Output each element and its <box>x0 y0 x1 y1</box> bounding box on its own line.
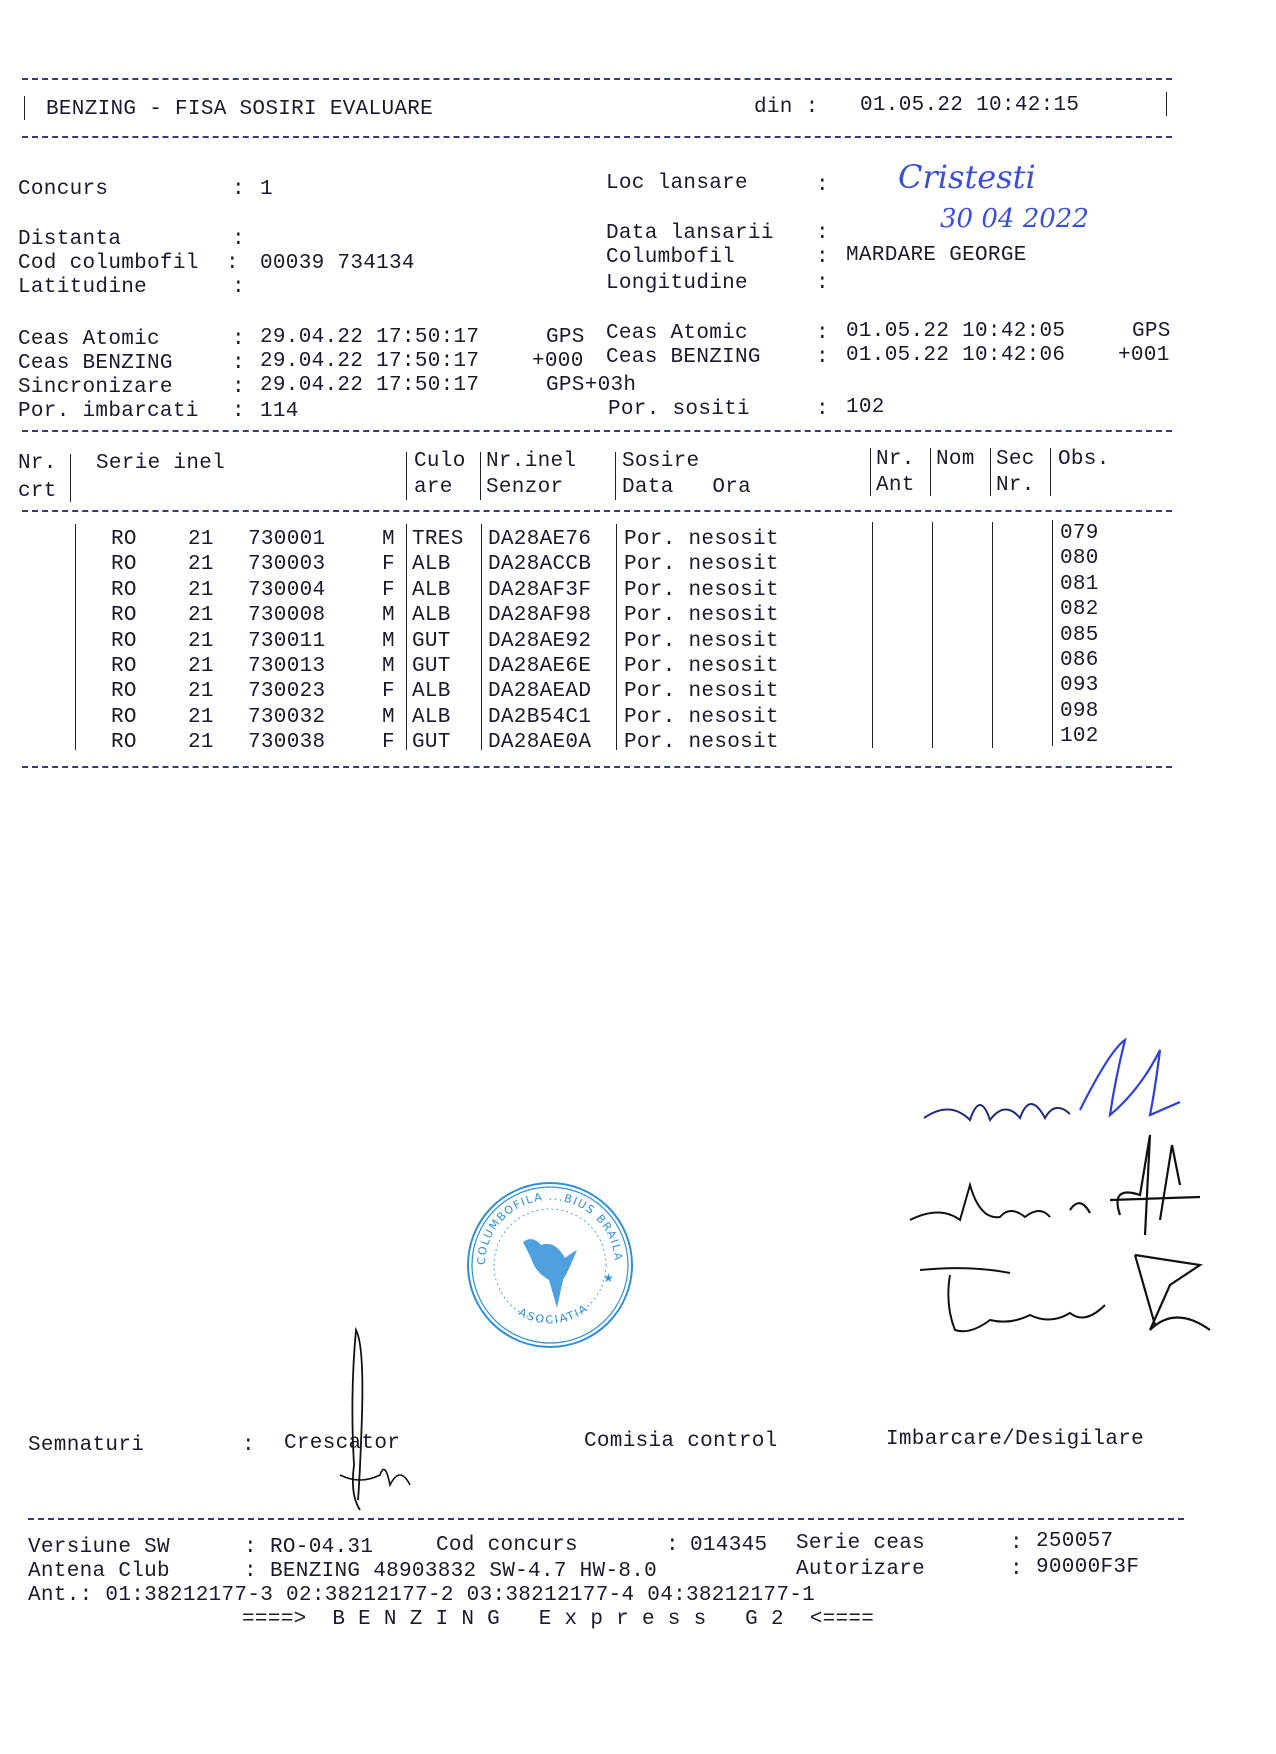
cell-sosire: Por. nesosit <box>624 655 779 679</box>
col-header-nr-ant: Nr. <box>876 448 915 472</box>
info-colon: : <box>232 178 245 202</box>
body-divider <box>616 524 617 750</box>
info-colon: : <box>232 400 245 424</box>
print-date-value: 01.05.22 10:42:15 <box>860 94 1079 118</box>
info-colon: : <box>226 252 239 276</box>
cell-nr: 730008 <box>248 604 325 628</box>
cell-tara: RO <box>111 553 137 577</box>
cell-an: 21 <box>188 706 214 730</box>
cell-culoare: ALB <box>412 553 451 577</box>
cell-culoare: ALB <box>412 579 451 603</box>
footer-cod-concurs-label: Cod concurs <box>436 1534 578 1558</box>
body-divider <box>872 522 873 748</box>
cell-tara: RO <box>111 655 137 679</box>
cell-obs: 080 <box>1060 547 1099 571</box>
cell-tara: RO <box>111 706 137 730</box>
footer-antena-value: BENZING 48903832 SW-4.7 HW-8.0 <box>270 1560 657 1584</box>
cell-sex: F <box>382 731 395 755</box>
cell-nr: 730001 <box>248 528 325 552</box>
col-header-serie-inel: Serie inel <box>96 452 225 476</box>
clock-label: Ceas BENZING <box>606 346 761 370</box>
info-label-concurs: Concurs <box>18 178 108 202</box>
info-colon: : <box>232 276 245 300</box>
table-top-rule <box>22 430 1172 432</box>
footer-cod-concurs-value: 014345 <box>690 1534 767 1558</box>
col-header-nr-crt: Nr. <box>18 452 57 476</box>
handwritten-loc-lansare: Cristesti <box>898 158 1036 196</box>
info-value-concurs: 1 <box>260 178 273 202</box>
cell-culoare: GUT <box>412 630 451 654</box>
cell-tara: RO <box>111 604 137 628</box>
cell-obs: 082 <box>1060 598 1099 622</box>
body-divider <box>406 524 407 750</box>
info-colon: : <box>232 328 245 352</box>
header-divider <box>1050 448 1051 496</box>
cell-tara: RO <box>111 528 137 552</box>
table-header-rule <box>22 510 1172 512</box>
clock-label: Por. imbarcati <box>18 400 199 424</box>
body-divider <box>1052 520 1053 746</box>
col-header-data-ora: Data Ora <box>622 476 751 500</box>
header-divider <box>480 452 481 500</box>
header-divider <box>406 452 407 500</box>
cell-senzor: DA28AF98 <box>488 604 591 628</box>
footer-autorizare-value: 90000F3F <box>1036 1556 1139 1580</box>
header-divider <box>870 448 871 496</box>
cell-an: 21 <box>188 604 214 628</box>
cell-sosire: Por. nesosit <box>624 553 779 577</box>
body-divider <box>75 524 76 750</box>
cell-senzor: DA28AF3F <box>488 579 591 603</box>
info-colon: : <box>242 1434 255 1458</box>
col-header-culoare-2: are <box>414 476 453 500</box>
body-divider <box>932 522 933 748</box>
info-label-columbofil: Columbofil <box>606 246 735 270</box>
cell-sosire: Por. nesosit <box>624 528 779 552</box>
cell-nr: 730004 <box>248 579 325 603</box>
cell-sex: F <box>382 579 395 603</box>
footer-banner: ====> B E N Z I N G E x p r e s s G 2 <=… <box>242 1608 874 1632</box>
info-colon: : <box>232 352 245 376</box>
clock-label: Por. sositi <box>608 398 750 422</box>
cell-tara: RO <box>111 630 137 654</box>
info-colon: : <box>816 246 829 270</box>
header-divider <box>990 448 991 496</box>
signature-commission-1 <box>910 1030 1190 1140</box>
header-bottom-rule <box>22 136 1172 138</box>
cell-senzor: DA28AE6E <box>488 655 591 679</box>
info-colon: : <box>816 222 829 246</box>
cell-culoare: TRES <box>412 528 464 552</box>
col-header-obs: Obs. <box>1058 448 1110 472</box>
cell-nr: 730013 <box>248 655 325 679</box>
clock-suffix: GPS+03h <box>546 374 636 398</box>
info-colon: : <box>816 322 829 346</box>
info-value-cod-columbofil: 00039 734134 <box>260 252 415 276</box>
cell-an: 21 <box>188 680 214 704</box>
cell-sosire: Por. nesosit <box>624 680 779 704</box>
footer-versiune-value: RO-04.31 <box>270 1536 373 1560</box>
info-value-columbofil: MARDARE GEORGE <box>846 244 1027 268</box>
cell-an: 21 <box>188 528 214 552</box>
clock-suffix: +001 <box>1118 344 1170 368</box>
info-label-longitudine: Longitudine <box>606 272 748 296</box>
footer-autorizare-label: Autorizare <box>796 1558 925 1582</box>
col-header-sec: Sec <box>996 448 1035 472</box>
signatures-label: Semnaturi <box>28 1434 144 1458</box>
info-label-loc-lansare: Loc lansare <box>606 172 748 196</box>
header-divider <box>70 454 71 502</box>
info-colon: : <box>816 398 829 422</box>
cell-nr: 730023 <box>248 680 325 704</box>
cell-sosire: Por. nesosit <box>624 604 779 628</box>
cell-sex: F <box>382 553 395 577</box>
clock-value: 29.04.22 17:50:17 <box>260 374 479 398</box>
col-header-culoare: Culo <box>414 450 466 474</box>
cell-culoare: ALB <box>412 604 451 628</box>
cell-sosire: Por. nesosit <box>624 706 779 730</box>
cell-nr: 730003 <box>248 553 325 577</box>
clock-suffix: +000 <box>532 350 584 374</box>
clock-label: Ceas Atomic <box>18 328 160 352</box>
clock-suffix: GPS <box>1132 320 1171 344</box>
cell-senzor: DA28AE0A <box>488 731 591 755</box>
info-colon: : <box>244 1536 257 1560</box>
cell-culoare: GUT <box>412 731 451 755</box>
clock-value: 29.04.22 17:50:17 <box>260 326 479 350</box>
clock-value: 29.04.22 17:50:17 <box>260 350 479 374</box>
clock-value: 102 <box>846 396 885 420</box>
cell-tara: RO <box>111 680 137 704</box>
footer-versiune-label: Versiune SW <box>28 1536 170 1560</box>
info-colon: : <box>666 1534 679 1558</box>
cell-sosire: Por. nesosit <box>624 731 779 755</box>
cell-senzor: DA28AEAD <box>488 680 591 704</box>
signature-crescator <box>320 1325 420 1515</box>
info-label-cod-columbofil: Cod columbofil <box>18 252 199 276</box>
cell-an: 21 <box>188 655 214 679</box>
handwritten-data-lansarii: 30 04 2022 <box>940 204 1089 234</box>
association-stamp: COLUMBOFILA ...BIUS BRAILA ASOCIATIA ★ <box>465 1180 635 1350</box>
cell-sex: M <box>382 604 395 628</box>
header-left-bar <box>24 96 25 120</box>
clock-value: 01.05.22 10:42:05 <box>846 320 1065 344</box>
signature-comisia-label: Comisia control <box>584 1430 778 1454</box>
table-bottom-rule <box>22 766 1172 768</box>
info-colon: : <box>232 376 245 400</box>
body-divider <box>481 524 482 750</box>
svg-text:★: ★ <box>603 1271 614 1285</box>
cell-senzor: DA2B54C1 <box>488 706 591 730</box>
document-title: BENZING - FISA SOSIRI EVALUARE <box>46 98 433 122</box>
header-divider <box>930 448 931 496</box>
cell-senzor: DA28AE76 <box>488 528 591 552</box>
header-top-rule <box>22 78 1172 80</box>
footer-antenna-line: Ant.: 01:38212177-3 02:38212177-2 03:382… <box>28 1584 815 1608</box>
clock-label: Ceas Atomic <box>606 322 748 346</box>
cell-obs: 086 <box>1060 649 1099 673</box>
info-colon: : <box>244 1560 257 1584</box>
footer-serie-ceas-label: Serie ceas <box>796 1532 925 1556</box>
col-header-nr-crt-2: crt <box>18 480 57 504</box>
cell-obs: 079 <box>1060 522 1099 546</box>
cell-sex: M <box>382 655 395 679</box>
header-divider <box>615 452 616 500</box>
body-divider <box>992 522 993 748</box>
footer-serie-ceas-value: 250057 <box>1036 1530 1113 1554</box>
cell-an: 21 <box>188 731 214 755</box>
info-colon: : <box>1010 1558 1023 1582</box>
cell-culoare: ALB <box>412 680 451 704</box>
cell-an: 21 <box>188 553 214 577</box>
clock-label: Sincronizare <box>18 376 173 400</box>
info-label-data-lansarii: Data lansarii <box>606 222 774 246</box>
col-header-nr-ant-2: Ant <box>876 474 915 498</box>
info-label-distanta: Distanta <box>18 228 121 252</box>
info-colon: : <box>816 346 829 370</box>
cell-sex: M <box>382 528 395 552</box>
cell-tara: RO <box>111 579 137 603</box>
cell-obs: 093 <box>1060 674 1099 698</box>
col-header-nom: Nom <box>936 448 975 472</box>
col-header-sosire: Sosire <box>622 450 699 474</box>
cell-sex: F <box>382 680 395 704</box>
cell-nr: 730011 <box>248 630 325 654</box>
signature-commission-2 <box>900 1125 1200 1235</box>
cell-tara: RO <box>111 731 137 755</box>
cell-culoare: ALB <box>412 706 451 730</box>
cell-nr: 730038 <box>248 731 325 755</box>
signature-imbarcare-label: Imbarcare/Desigilare <box>886 1428 1144 1452</box>
cell-nr: 730032 <box>248 706 325 730</box>
cell-sex: M <box>382 706 395 730</box>
cell-an: 21 <box>188 630 214 654</box>
cell-an: 21 <box>188 579 214 603</box>
header-right-bar <box>1166 92 1167 116</box>
clock-value: 114 <box>260 400 299 424</box>
signature-commission-3 <box>910 1245 1230 1355</box>
stamp-text-bottom: ASOCIATIA <box>516 1301 591 1326</box>
col-header-sec-nr: Nr. <box>996 474 1035 498</box>
info-colon: : <box>232 228 245 252</box>
clock-value: 01.05.22 10:42:06 <box>846 344 1065 368</box>
cell-senzor: DA28AE92 <box>488 630 591 654</box>
cell-sosire: Por. nesosit <box>624 579 779 603</box>
footer-antena-label: Antena Club <box>28 1560 170 1584</box>
print-date-label: din : <box>754 96 819 120</box>
info-colon: : <box>1010 1532 1023 1556</box>
cell-culoare: GUT <box>412 655 451 679</box>
cell-senzor: DA28ACCB <box>488 553 591 577</box>
info-label-latitudine: Latitudine <box>18 276 147 300</box>
footer-top-rule <box>28 1518 1184 1520</box>
cell-sosire: Por. nesosit <box>624 630 779 654</box>
info-colon: : <box>816 272 829 296</box>
clock-suffix: GPS <box>546 326 585 350</box>
cell-obs: 081 <box>1060 573 1099 597</box>
cell-sex: M <box>382 630 395 654</box>
info-colon: : <box>816 174 829 198</box>
svg-text:ASOCIATIA: ASOCIATIA <box>516 1301 591 1326</box>
col-header-nr-inel: Nr.inel <box>486 450 576 474</box>
pigeon-icon <box>523 1239 577 1308</box>
clock-label: Ceas BENZING <box>18 352 173 376</box>
cell-obs: 098 <box>1060 700 1099 724</box>
cell-obs: 085 <box>1060 624 1099 648</box>
col-header-senzor: Senzor <box>486 476 563 500</box>
cell-obs: 102 <box>1060 725 1099 749</box>
